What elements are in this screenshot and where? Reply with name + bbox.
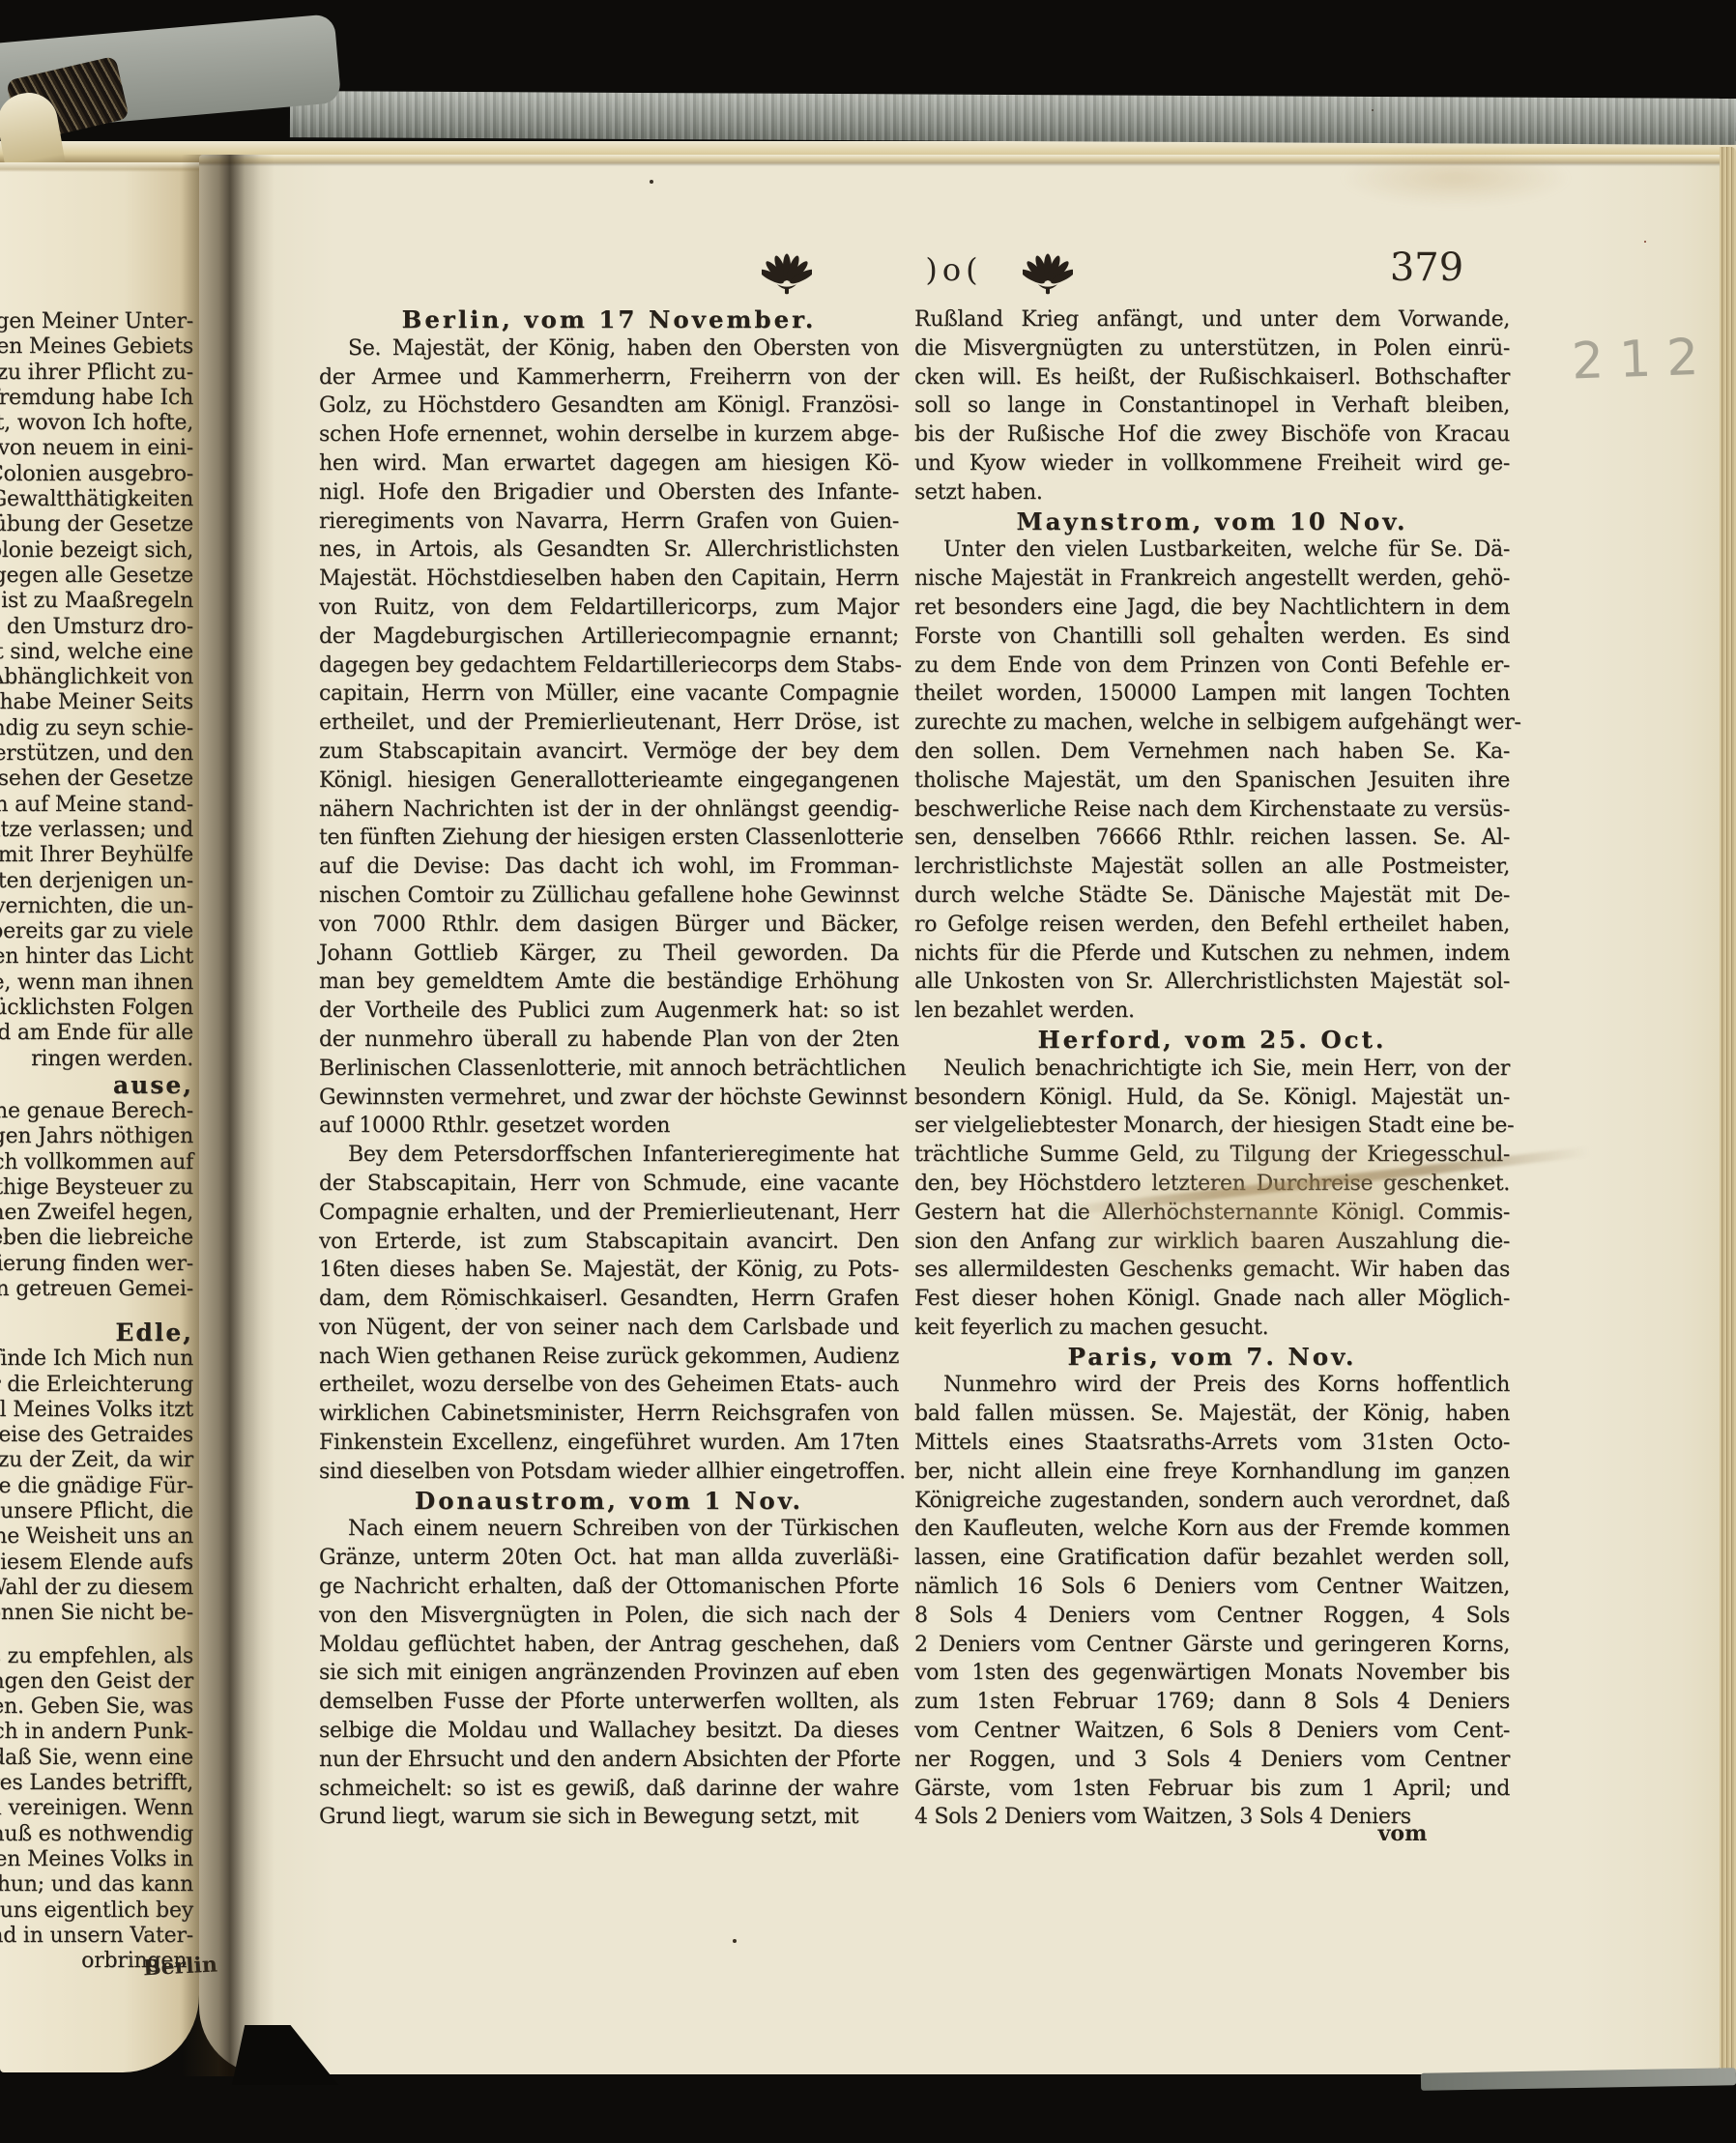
text-line: die Misvergnügten zu unterstützen, in Po… <box>914 334 1510 363</box>
text-line: bald fallen müssen. Se. Majestät, der Kö… <box>914 1400 1510 1429</box>
text-line: , und in unsern Vater- <box>0 1924 193 1949</box>
text-line: den Kaufleuten, welche Korn aus der Frem… <box>914 1515 1510 1544</box>
text-line: r bereits gar zu viele <box>0 919 193 944</box>
text-line: lagungen den Geist der <box>0 1669 193 1694</box>
text-line: Moldau geflüchtet haben, der Antrag gesc… <box>319 1631 899 1660</box>
text-line: ftigen Jahrs nöthigen <box>0 1124 193 1149</box>
text-line: s thun; und das kann <box>0 1872 193 1897</box>
text-line: Regierung finden wer- <box>0 1252 193 1277</box>
text-line: sen, denselben 76666 Rthlr. reichen lass… <box>914 824 1510 853</box>
text-line: en Colonien ausgebro- <box>0 462 193 487</box>
text-line: rieregiments von Navarra, Herrn Grafen v… <box>319 507 899 536</box>
fan-fleuron-icon <box>1023 251 1073 298</box>
text-line: so muß es nothwendig <box>0 1822 193 1847</box>
article-heading: Berlin, vom 17 November. <box>319 305 899 334</box>
text-line: zu dem Ende von dem Prinzen von Conti Be… <box>914 652 1510 681</box>
text-line: vom Centner Waitzen, 6 Sols 8 Deniers vo… <box>914 1717 1510 1746</box>
text-line: dagegen bey gedachtem Feldartilleriecorp… <box>319 652 899 681</box>
text-line: und Kyow wieder in vollkommene Freiheit … <box>914 449 1510 478</box>
paper-stain <box>1340 149 1572 207</box>
text-line: en. Geben Sie, was <box>0 1694 193 1720</box>
text-line: nischen Comtoir zu Züllichau gefallene h… <box>319 882 899 911</box>
text-line: nische Majestät in Frankreich angestellt… <box>914 565 1510 594</box>
text-line: cken will. Es heißt, der Rußischkaiserl.… <box>914 363 1510 392</box>
headband-cloth <box>290 91 1736 145</box>
text-line: itet sind, welche eine <box>0 640 193 665</box>
text-line: durch welche Städte Se. Dänische Majestä… <box>914 882 1510 911</box>
text-line: auf 10000 Rthlr. gesetzet worden <box>319 1112 899 1141</box>
text-line: unterstützen, und den <box>0 741 193 767</box>
text-line: keit feyerlich zu machen gesucht. <box>914 1314 1510 1343</box>
line-gap <box>0 1302 193 1319</box>
text-line: e, gegen alle Gesetze <box>0 564 193 589</box>
text-line: nöthige Beysteuer zu <box>0 1175 193 1201</box>
text-line: demselben Fusse der Pforte unterwerfen w… <box>319 1688 899 1717</box>
text-line: de mit Ihrer Beyhülfe <box>0 843 193 868</box>
article-heading: Herford, vom 25. Oct. <box>914 1026 1510 1055</box>
text-line: der nunmehro überall zu habende Plan von… <box>319 1026 899 1055</box>
text-line: beschwerliche Reise nach dem Kirchenstaa… <box>914 796 1510 825</box>
text-line: ge Nachricht erhalten, daß der Ottomanis… <box>319 1573 899 1602</box>
line-gap <box>0 1627 193 1644</box>
text-line: nach Wien gethanen Reise zurück gekommen… <box>319 1343 899 1372</box>
text-line: Königreiche zugestanden, sondern auch ve… <box>914 1487 1510 1516</box>
left-column: Berlin, vom 17 November.Se. Majestät, de… <box>319 305 899 1832</box>
right-column: Rußland Krieg anfängt, und unter dem Vor… <box>914 305 1510 1832</box>
text-line: bis der Rußische Hof die zwey Bischöfe v… <box>914 420 1510 449</box>
margin-stamp: 212 <box>1571 328 1715 391</box>
text-line: sung den Umsturz dro- <box>0 615 193 640</box>
text-line: enden Meines Gebiets <box>0 334 193 360</box>
text-line: bsichten derjenigen un- <box>0 869 193 894</box>
text-line: soll so lange in Constantinopel in Verha… <box>914 391 1510 420</box>
text-line: riffe, wenn man ihnen <box>0 970 193 996</box>
text-line: ejenigen Meiner Unter- <box>0 309 193 334</box>
text-line: von Erterde, ist zum Stabscapitain avanc… <box>319 1228 899 1257</box>
text-line: chliche Weisheit uns an <box>0 1524 193 1549</box>
text-line: Mich vollkommen auf <box>0 1150 193 1175</box>
article-heading: Edle, <box>0 1319 193 1347</box>
text-line: um diesem Elende aufs <box>0 1550 193 1576</box>
text-line: zu vereinigen. Wenn <box>0 1796 193 1821</box>
text-line: wirklichen Cabinetsminister, Herrn Reich… <box>319 1400 899 1429</box>
text-line: schmeichelt: so ist es gewiß, daß darinn… <box>319 1775 899 1804</box>
book-scan: { "colors": { "paper": "#ece6d2", "ink":… <box>0 0 1736 2143</box>
right-page: )o( 379 212 Berlin, vom 17 November.Se. … <box>199 155 1726 2074</box>
text-line: Se. Majestät, der König, haben den Obers… <box>319 334 899 363</box>
text-line: , die uns eigentlich bey <box>0 1898 193 1924</box>
text-line: vom 1sten des gegenwärtigen Monats Novem… <box>914 1659 1510 1688</box>
article-heading: Paris, vom 7. Nov. <box>914 1343 1510 1372</box>
text-line: 8 Sols 4 Deniers vom Centner Roggen, 4 S… <box>914 1602 1510 1631</box>
text-line: man bey gemeldtem Amte die beständige Er… <box>319 968 899 997</box>
text-line: Ausübung der Gesetze <box>0 512 193 537</box>
text-line: Golz, zu Höchstdero Gesandten am Königl.… <box>319 391 899 420</box>
text-line: Nach einem neuern Schreiben von der Türk… <box>319 1515 899 1544</box>
text-line: anen hinter das Licht <box>0 944 193 970</box>
text-line: ertheilet, und der Premierlieutenant, He… <box>319 709 899 738</box>
text-line: ber, nicht allein eine freye Kornhandlun… <box>914 1458 1510 1487</box>
text-line: ner Roggen, und 3 Sols 4 Deniers vom Cen… <box>914 1746 1510 1775</box>
text-line: sie sich mit einigen angränzenden Provin… <box>319 1659 899 1688</box>
text-line: t keinen Zweifel hegen, <box>0 1201 193 1226</box>
text-line: Gewinnsten vermehret, und zwar der höchs… <box>319 1084 899 1113</box>
text-line: Forste von Chantilli soll gehalten werde… <box>914 623 1510 652</box>
text-line: ngen Meines Volks in <box>0 1847 193 1872</box>
text-line: alle Unkosten von Sr. Allerchristlichste… <box>914 968 1510 997</box>
text-line: auch in andern Punk- <box>0 1720 193 1745</box>
text-line: nichts für die Pferde und Kutschen zu ne… <box>914 940 1510 969</box>
text-line: capitain, Herrn von Müller, eine vacante… <box>319 680 899 709</box>
article-heading: Donaustrom, vom 1 Nov. <box>319 1487 899 1516</box>
text-line: Finkenstein Excellenz, eingeführet wurde… <box>319 1429 899 1458</box>
text-line: zum 1sten Februar 1769; dann 8 Sols 4 De… <box>914 1688 1510 1717</box>
text-line: von Ruitz, von dem Feldartillericorps, z… <box>319 594 899 623</box>
text-line: nes, in Artois, als Gesandten Sr. Allerc… <box>319 536 899 565</box>
text-line: und ist zu Maaßregeln <box>0 589 193 614</box>
left-page-text: ejenigen Meiner Unter-enden Meines Gebie… <box>0 309 193 1974</box>
text-line: 2 Deniers vom Centner Gärste und geringe… <box>914 1631 1510 1660</box>
center-ornament: )o( <box>882 251 1027 288</box>
fan-fleuron-icon <box>762 251 812 298</box>
text-line: unglücklichsten Folgen <box>0 996 193 1021</box>
text-line: lassen, eine Gratification dafür bezahle… <box>914 1544 1510 1573</box>
text-line: der Magdeburgischen Artilleriecompagnie … <box>319 623 899 652</box>
text-line: thwendig zu seyn schie- <box>0 716 193 741</box>
text-line: nun der Ehrsucht und den andern Absichte… <box>319 1746 899 1775</box>
text-line: tholische Majestät, um den Spanischen Je… <box>914 767 1510 796</box>
text-line: dam, dem Römischkaiserl. Gesandten, Herr… <box>319 1285 899 1314</box>
text-line: nämlich 16 Sols 6 Deniers vom Centner Wa… <box>914 1573 1510 1602</box>
text-line: , und am Ende für alle <box>0 1021 193 1046</box>
text-line: Befremdung habe Ich <box>0 386 193 411</box>
text-line: können Sie nicht be- <box>0 1601 193 1626</box>
text-line: Theil Meines Volks itzt <box>0 1398 193 1423</box>
text-line: der Armee und Kammerherrn, Freiherrn von… <box>319 363 899 392</box>
text-line: ret besonders eine Jagd, die bey Nachtli… <box>914 594 1510 623</box>
text-line: in Gewaltthätigkeiten <box>0 487 193 512</box>
text-line: der Wahl der zu diesem <box>0 1576 193 1601</box>
text-line: Vorsatze verlassen; und <box>0 818 193 843</box>
text-line: zurechte zu machen, welche in selbigem a… <box>914 709 1510 738</box>
text-line: auf die Devise: Das dacht ich wohl, im F… <box>319 853 899 882</box>
text-line: Nunmehro wird der Preis des Korns hoffen… <box>914 1371 1510 1400</box>
text-line: Rußland Krieg anfängt, und unter dem Vor… <box>914 305 1510 334</box>
text-line: Majestät. Höchstdieselben haben den Capi… <box>319 565 899 594</box>
text-line: zum Stabscapitain avancirt. Vermöge der … <box>319 738 899 767</box>
text-line: Gärste, vom 1sten Februar bis zum 1 Apri… <box>914 1775 1510 1804</box>
text-line: ser Colonie bezeigt sich, <box>0 538 193 564</box>
text-line: ichts zu empfehlen, als <box>0 1644 193 1669</box>
text-line: Falle die gnädige Für- <box>0 1474 193 1499</box>
text-line: nähern Nachrichten ist der in der ohnlän… <box>319 796 899 825</box>
text-line: Grund liegt, warum sie sich in Bewegung … <box>319 1803 899 1832</box>
text-line: besondern Königl. Huld, da Se. Königl. M… <box>914 1084 1510 1113</box>
text-line: ertheilet, wozu derselbe von des Geheime… <box>319 1371 899 1400</box>
text-line: geist, wovon Ich hofte, <box>0 411 193 436</box>
text-line: ringen werden. <box>0 1047 193 1072</box>
text-line: von den Misvergnügten in Polen, die sich… <box>319 1602 899 1631</box>
text-line: selbige die Moldau und Wallachey besitzt… <box>319 1717 899 1746</box>
text-line: der zu ihrer Pflicht zu- <box>0 361 193 386</box>
text-line: ro Gefolge reisen werden, den Befehl ert… <box>914 911 1510 940</box>
text-line: sind dieselben von Potsdam wieder allhie… <box>319 1458 899 1487</box>
text-line: Ansehen der Gesetze <box>0 767 193 792</box>
text-line: setzt haben. <box>914 478 1510 507</box>
catchword: vom <box>1340 1821 1465 1846</box>
text-line: schen Hofe ernennet, wohin derselbe in k… <box>319 420 899 449</box>
text-line: Neulich benachrichtigte ich Sie, mein He… <box>914 1055 1510 1084</box>
text-line: daß Sie, wenn eine <box>0 1746 193 1771</box>
text-line: über die Erleichterung <box>0 1373 193 1398</box>
text-line: len bezahlet werden. <box>914 997 1510 1026</box>
text-line: Ich habe Meiner Seits <box>0 690 193 715</box>
text-line: zu der Zeit, da wir <box>0 1448 193 1473</box>
text-line: den sollen. Dem Vernehmen nach haben Se.… <box>914 738 1510 767</box>
text-line: der Vortheile des Publici zum Augenmerk … <box>319 997 899 1026</box>
text-line: e, von neuem in eini- <box>0 436 193 461</box>
text-line: lerchristlichste Majestät sollen an alle… <box>914 853 1510 882</box>
text-line: theilet worden, 150000 Lampen mit langen… <box>914 680 1510 709</box>
text-line: auch unsere Pflicht, die <box>0 1499 193 1524</box>
text-line: nigl. Hofe den Brigadier und Obersten de… <box>319 478 899 507</box>
fore-edge <box>1720 147 1736 2076</box>
text-line: en eine genaue Berech- <box>0 1099 193 1124</box>
text-line: eine eben die liebreiche <box>0 1226 193 1251</box>
text-line: er Abhänglichkeit von <box>0 665 193 690</box>
text-line: sich auf Meine stand- <box>0 793 193 818</box>
text-line: Mittels eines Staatsraths-Arrets vom 31s… <box>914 1429 1510 1458</box>
paper-specks <box>0 0 4 4</box>
text-line: Bey dem Petersdorffschen Infanterieregim… <box>319 1141 899 1170</box>
text-line: Berlinischen Classenlotterie, mit annoch… <box>319 1055 899 1084</box>
text-line: Johann Gottlieb Kärger, zu Theil geworde… <box>319 940 899 969</box>
left-page: ejenigen Meiner Unter-enden Meines Gebie… <box>0 162 199 2072</box>
article-heading: ause, <box>0 1072 193 1099</box>
text-line: 16ten dieses haben Se. Majestät, der Kön… <box>319 1256 899 1285</box>
text-line: hen wird. Man erwartet dagegen am hiesig… <box>319 449 899 478</box>
text-line: Compagnie erhalten, und der Premierlieut… <box>319 1199 899 1228</box>
text-line: befinde Ich Mich nun <box>0 1347 193 1372</box>
text-line: der Stabscapitain, Herr von Schmude, ein… <box>319 1170 899 1199</box>
text-line: Ihres Landes betrifft, <box>0 1771 193 1796</box>
text-line: ten fünften Ziehung der hiesigen ersten … <box>319 824 899 853</box>
text-line: inen getreuen Gemei- <box>0 1277 193 1302</box>
text-line: von 7000 Rthlr. dem dasigen Bürger und B… <box>319 911 899 940</box>
text-line: von Nügent, der von seiner nach dem Carl… <box>319 1314 899 1343</box>
page-number: 379 <box>1359 246 1494 290</box>
text-line: Königl. hiesigen Generallotterieamte ein… <box>319 767 899 796</box>
text-line: Preise des Getraides <box>0 1423 193 1448</box>
text-line: zu vernichten, die un- <box>0 894 193 919</box>
text-line: Unter den vielen Lustbarkeiten, welche f… <box>914 536 1510 565</box>
text-line: Gränze, unterm 20ten Oct. hat man allda … <box>319 1544 899 1573</box>
article-heading: Maynstrom, vom 10 Nov. <box>914 507 1510 536</box>
